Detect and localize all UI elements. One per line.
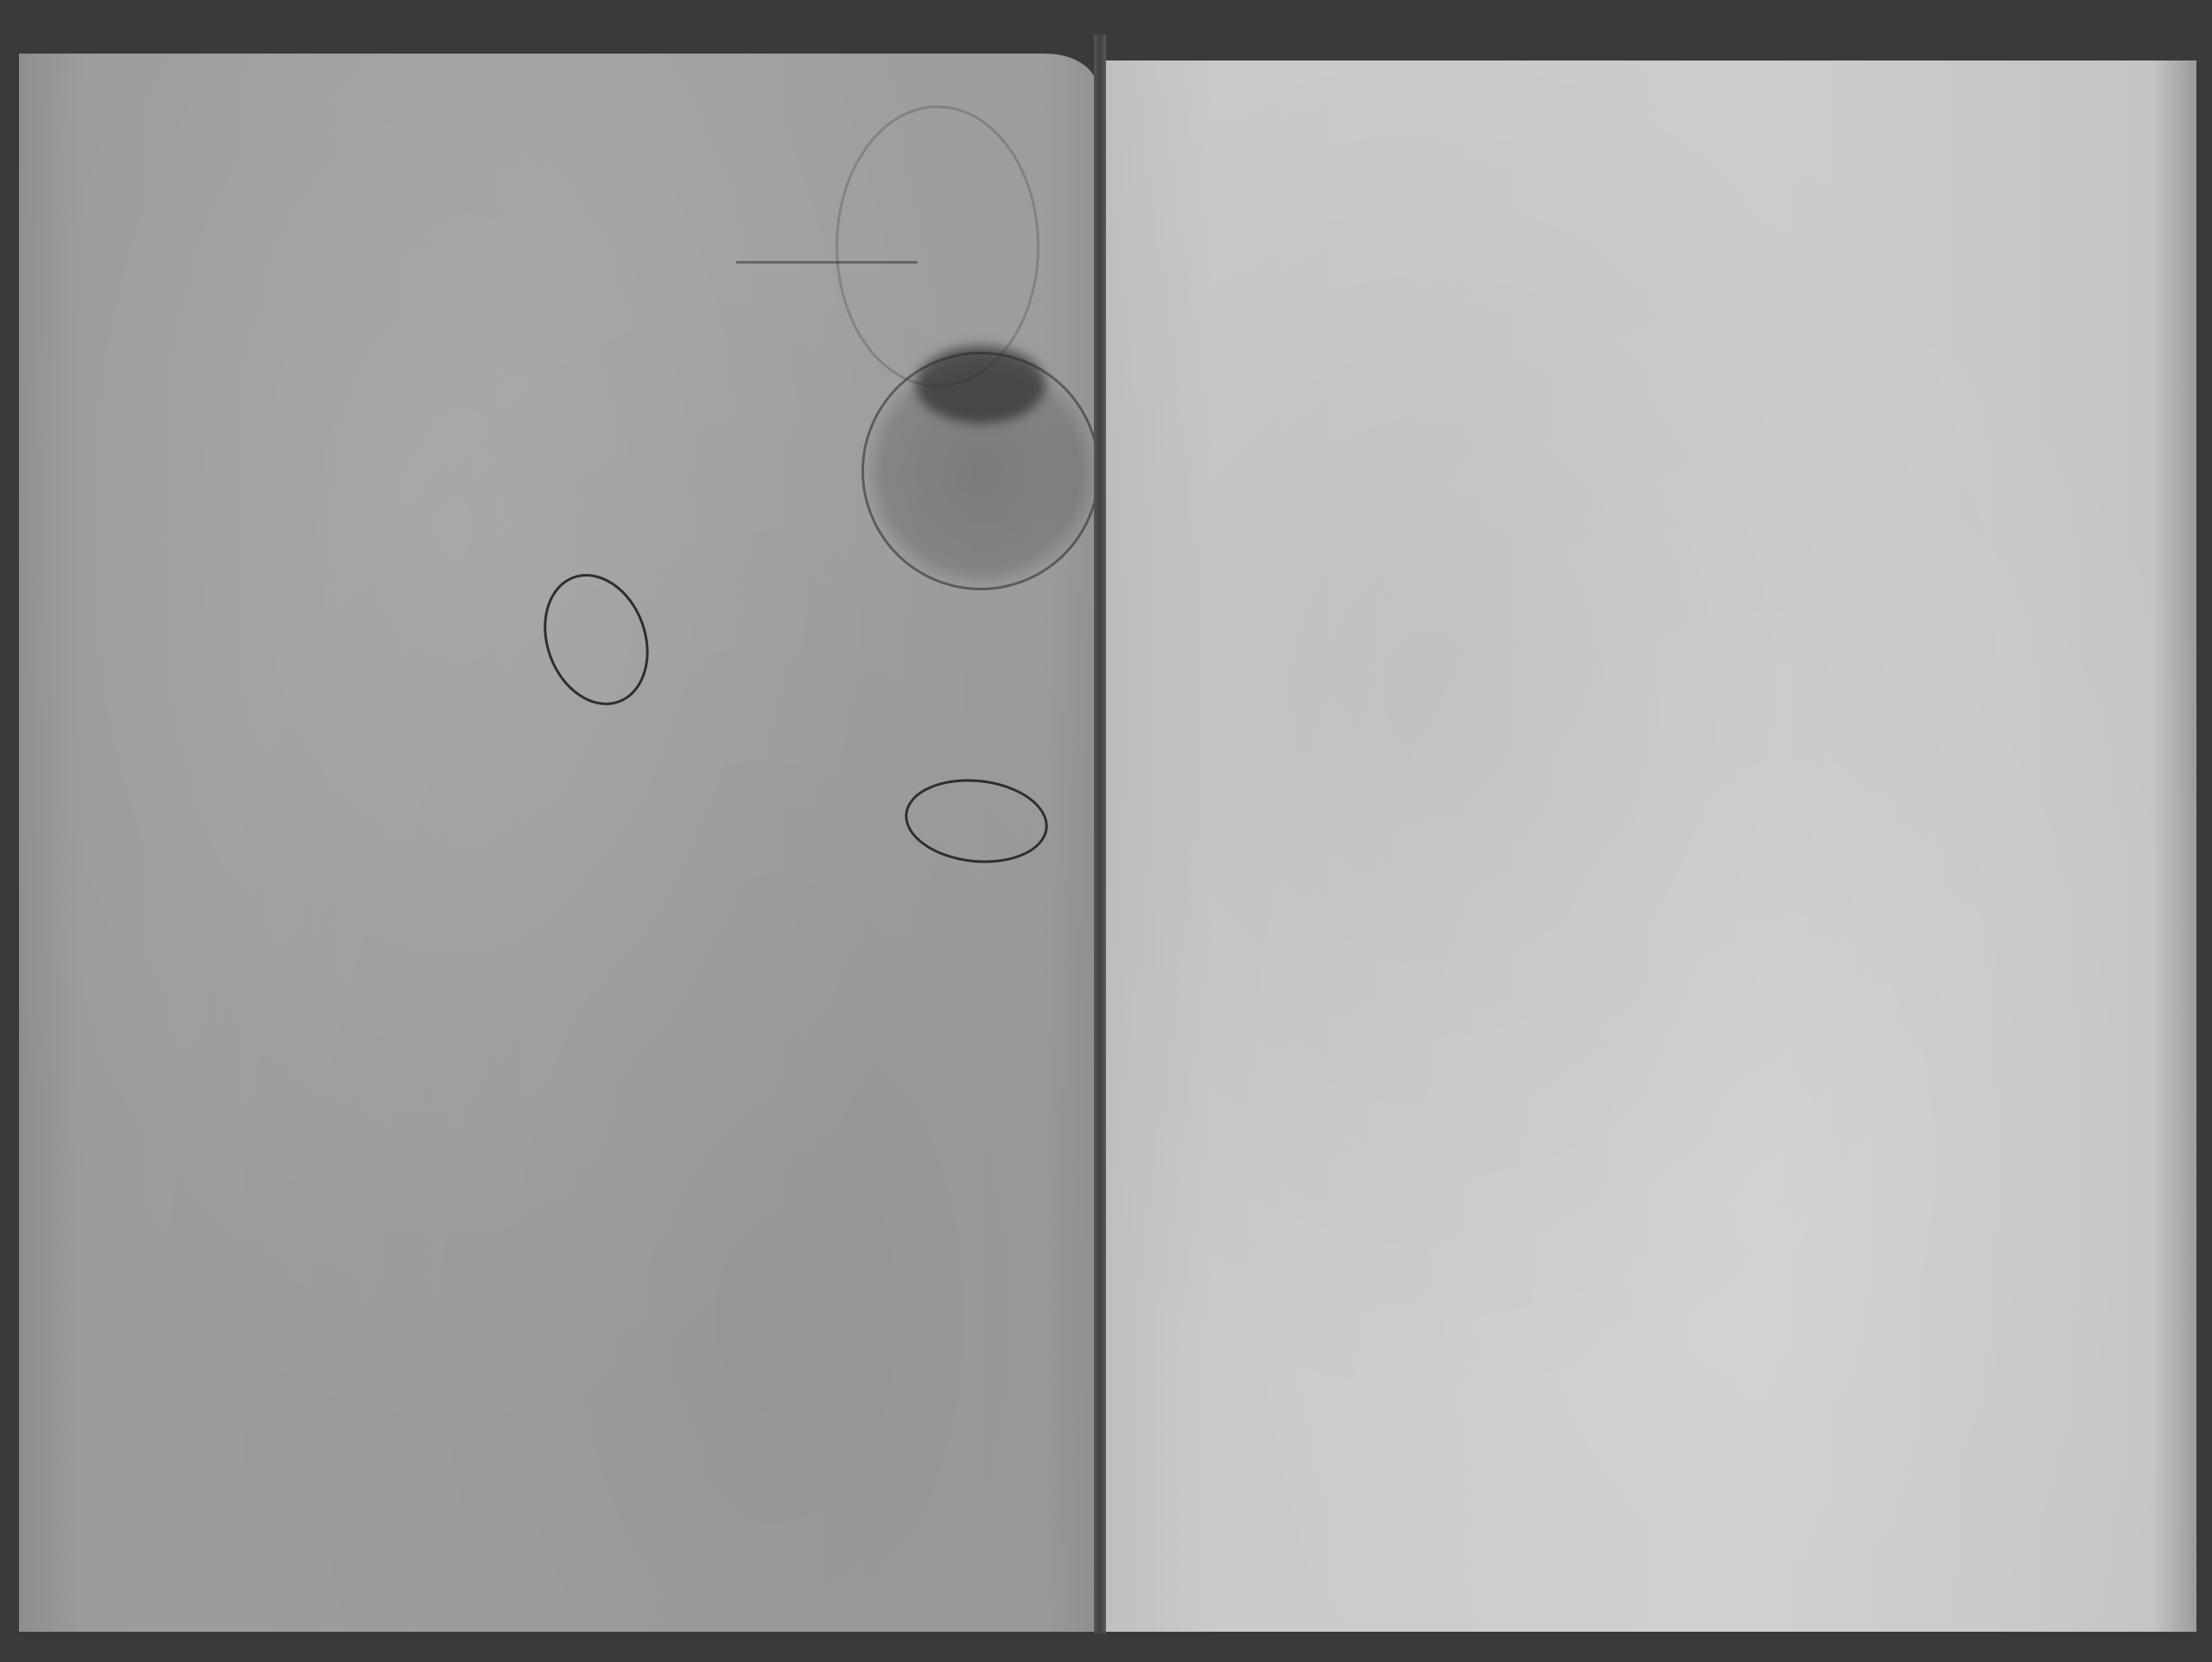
signature-flourish xyxy=(526,559,666,720)
rubric-flourish xyxy=(900,773,1052,870)
right-page xyxy=(1106,60,2196,1632)
signature-underline xyxy=(736,261,918,264)
left-page xyxy=(19,54,1097,1632)
faded-stamp-outline xyxy=(836,105,1039,387)
page-gutter xyxy=(1094,35,1106,1633)
ink-seal-left xyxy=(861,352,1097,590)
